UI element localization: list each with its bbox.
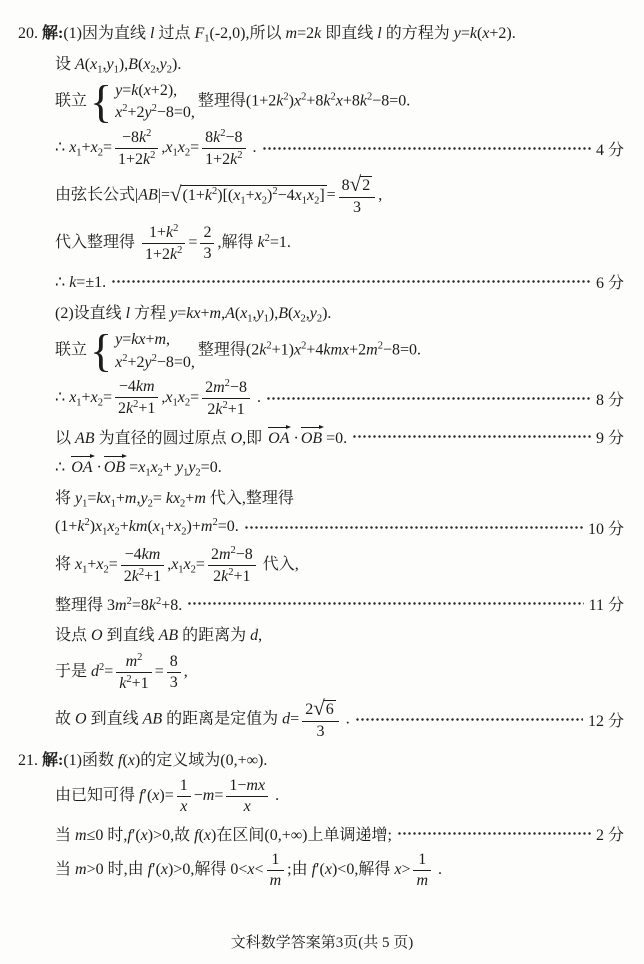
math-roman: −8=0. [383,342,421,359]
superscript: 2 [146,128,151,139]
math-roman: ≤0 [87,827,104,844]
math-variable: mx [246,777,265,794]
math-variable: y [257,305,264,322]
system-equation: x2+2y2−8=0, [115,353,195,372]
math-roman: −4 [278,187,295,204]
denominator: m [413,870,431,890]
text-run: ,解得 [354,862,394,879]
fraction: 1+k21+2k2 [142,223,185,264]
numerator: −8k2 [115,128,158,148]
text-run: 由弦长公式 [55,187,135,204]
text-run: 整理得 [198,92,246,109]
math-roman: =0. [218,518,239,535]
text-run: 设 [55,56,75,73]
line-content: 整理得 3m2=8k2+8. [55,592,182,615]
text-run: 时,由 [104,862,148,879]
math-roman: =8 [132,597,149,614]
fraction: 8k2−81+2k2 [202,128,245,169]
line-content: 代入整理得 1+k21+2k2=23,解得 k2=1. [55,223,291,264]
math-roman: +1 [132,675,149,692]
dot-leader [188,602,583,605]
vector-OA: OA [268,430,289,448]
text-run: 上单调递增; [307,827,391,844]
math-roman: ′( [143,787,152,804]
math-roman: 20. [18,25,38,42]
math-roman: +2 [127,104,144,121]
math-variable: km [129,518,148,535]
text-run: 到直线 [103,627,159,644]
math-roman: +4 [306,342,323,359]
math-roman: ′( [152,862,161,879]
numerator: 2√6 [302,699,339,721]
math-roman: +1 [138,400,155,417]
math-roman: ). [322,305,331,322]
numerator: 1+k2 [142,223,185,243]
math-roman: = [109,556,118,573]
line-content: 当 m>0 时,由 f′(x)>0,解得 0<x<1m;由 f′(x)<0,解得… [55,851,442,890]
math-roman: −8=0. [372,92,410,109]
fraction: m2k2+1 [116,652,151,693]
text-run: ,解得 [190,862,230,879]
math-variable: x [180,798,187,815]
math-roman: + [185,490,194,507]
math-roman: (0,+∞). [220,752,267,769]
numerator: 8 [167,653,181,672]
math-variable: x [178,139,185,156]
score-label: 12 分 [588,708,624,731]
math-roman: −4 [125,546,142,563]
text-run: 整理得 [55,597,107,614]
math-variable: m [201,518,213,535]
radicand: (1+k2)[(x1+x2)2−4x1x2] [181,185,327,207]
math-variable: d [282,710,290,727]
denominator: 1+2k2 [115,148,158,169]
math-variable: AB [138,187,158,204]
math-roman: (1+2 [246,92,276,109]
square-root: √2 [350,175,373,196]
math-variable: m [75,827,87,844]
fraction: 1−mxx [226,777,268,816]
math-roman: ′( [132,827,141,844]
line-content: ∴ x1+x2=−4km2k2+1,x1x2=2m2−82k2+1 . [55,378,261,419]
math-roman: + [165,518,174,535]
line-content: ∴ OA·OB=x1x2+ y1y2=0. [55,455,222,479]
math-variable: m [286,25,298,42]
solution-line: 故 O 到直线 AB 的距离是定值为 d=2√63 .12 分 [18,699,624,741]
fraction: 2m2−82k2+1 [208,545,256,586]
math-variable: x [151,459,158,476]
math-roman: +1) [272,342,294,359]
denominator: 1+2k2 [202,148,245,169]
numerator: −4km [115,378,158,397]
solution-line: 于是 d2=m2k2+1=83, [18,652,624,693]
solution-line: 将 y1=kx1+m,y2= kx2+m 代入,整理得 [18,485,624,510]
denominator: x [177,796,191,816]
text-run: 整理得 [198,342,246,359]
math-variable: x [307,187,314,204]
math-roman: = [153,490,166,507]
math-variable: m [210,305,222,322]
math-roman: =0. [326,430,347,447]
math-variable: B [278,305,288,322]
math-roman: 8 [170,653,178,670]
math-variable: d [250,627,258,644]
math-variable: m [219,546,231,563]
math-roman: 2 [362,177,370,194]
line-content: (1+k2)x1x2+km(x1+x2)+m2=0. [55,517,239,538]
solution-item-21: 21. 解:(1)函数 f(x)的定义域为(0,+∞).由已知可得 f′(x)=… [18,747,624,891]
score-label: 9 分 [596,425,624,448]
text-run: , [184,663,188,680]
math-roman: − [194,787,203,804]
math-roman: )+ [187,518,201,535]
math-roman: )>0 [168,862,190,879]
text-run: ,解得 [217,234,257,251]
numerator: −4km [121,546,164,565]
math-variable: x [107,518,114,535]
math-roman: 2 [305,701,313,718]
math-roman: , [166,331,170,348]
denominator: 2k2+1 [208,565,256,586]
math-variable: AB [75,430,95,447]
superscript: 2 [150,150,155,161]
math-variable: y [145,104,152,121]
math-roman: = [190,139,199,156]
text-run: ,故 [170,827,194,844]
math-variable: x [144,82,151,99]
math-variable: x [91,139,98,156]
math-roman: )>0 [148,827,170,844]
line-content: 故 O 到直线 AB 的距离是定值为 d=2√63 . [55,699,350,741]
fraction: 1m [413,851,431,890]
math-roman: (1+ [55,518,77,535]
math-roman: 2 [213,568,221,585]
text-run: 由已知可得 [55,787,139,804]
line-content: 设点 O 到直线 AB 的距离为 d, [55,622,262,645]
dot-leader [353,435,591,438]
math-roman: ∴ [55,459,69,476]
math-roman: 3 [170,674,178,691]
math-roman: 2 [118,400,126,417]
math-roman: 1+2 [118,151,143,168]
numerator: 8√2 [339,175,376,197]
math-roman: 3 [353,199,361,216]
math-roman: 3 [107,597,115,614]
superscript: 2 [177,245,182,256]
math-roman: −8=0, [157,104,195,121]
dot-leader [112,280,591,283]
text-run: 于是 [55,663,91,680]
system-rows: y=k(x+2),x2+2y2−8=0, [115,81,195,122]
math-roman: = [177,305,186,322]
score-label: 10 分 [588,516,624,539]
text-run: 的定义域为 [140,752,220,769]
line-content: 20. 解:(1)因为直线 l 过点 F1(-2,0),所以 m=2k 即直线 … [18,20,516,45]
math-variable: x [247,862,254,879]
text-run: 时, [103,827,127,844]
text-run: 的距离为 [178,627,250,644]
math-variable: B [128,56,138,73]
text-run: (1)因为直线 [63,25,150,42]
math-roman: +2). [489,25,515,42]
line-content: 设 A(x1,y1),B(x2,y2). [55,51,181,76]
line-content: 由弦长公式|AB|=√(1+k2)[(x1+x2)2−4x1x2]=8√23, [55,175,382,217]
fraction: 2√63 [302,699,339,741]
text-run: 当 [55,827,75,844]
vector-OB: OB [301,430,322,448]
denominator: 1+2k2 [142,243,185,264]
math-roman: + [82,139,91,156]
math-roman: = [327,187,336,204]
text-run: 方程 [130,305,170,322]
solution-line: 整理得 3m2=8k2+8.11 分 [18,592,624,616]
text-run: 以 [55,430,75,447]
math-variable: y [454,25,461,42]
math-roman: + [116,490,125,507]
math-roman: +2), [151,82,177,99]
math-roman: ∴ [55,274,69,291]
math-roman: 8 [342,177,350,194]
math-roman: = [290,710,299,727]
page-footer: 文科数学答案第3页(共 5 页) [0,931,644,952]
math-roman: +8 [306,92,323,109]
score-label: 2 分 [596,822,624,845]
math-variable: x [244,798,251,815]
denominator: 2k2+1 [115,397,158,418]
math-variable: AB [143,710,163,727]
system-brace: { [90,81,112,122]
math-roman: (0,+∞) [264,827,307,844]
math-variable: x [295,187,302,204]
math-variable: A [225,305,235,322]
math-variable: x [128,752,135,769]
math-variable: km [136,378,155,395]
math-roman: (2 [246,342,259,359]
system-brace: { [90,330,112,371]
math-variable: kx [96,490,110,507]
square-root: √6 [313,699,336,720]
numerator: 1 [413,851,431,870]
math-variable: m [126,653,138,670]
solutions-area: 20. 解:(1)因为直线 l 过点 F1(-2,0),所以 m=2k 即直线 … [18,20,624,890]
math-roman: )<0 [332,862,354,879]
dot-leader [263,147,591,150]
math-variable: x [336,92,343,109]
math-variable: m [203,787,215,804]
denominator: 3 [339,197,376,217]
math-roman: 2 [124,568,132,585]
text-run: 设点 [55,627,91,644]
denominator: 3 [200,243,214,263]
text-run: ,即 [242,430,266,447]
math-variable: y [310,305,317,322]
math-roman: (-2,0) [210,25,246,42]
math-roman: · [97,459,102,476]
math-variable: x [255,187,262,204]
math-roman: )[( [217,187,233,204]
math-variable: y [140,490,147,507]
numerator: 2m2−8 [208,545,256,565]
text-run: , [258,627,262,644]
system-equation: y=k(x+2), [115,81,195,100]
text-run: 即直线 [321,25,377,42]
math-roman: = [461,25,470,42]
math-roman: =2 [297,25,314,42]
math-variable: x [153,518,160,535]
math-roman: =1. [270,234,291,251]
fraction: 1x [177,777,191,816]
dot-leader [356,718,583,721]
math-roman: 8 [205,129,213,146]
math-variable: x [91,389,98,406]
math-roman: 1+2 [205,151,230,168]
math-roman: (1+ [183,187,205,204]
math-variable: kx [166,490,180,507]
math-roman: 1− [229,777,246,794]
text-run: , [378,187,382,204]
denominator: 3 [302,721,339,741]
text-run: ;由 [287,862,311,879]
math-roman: 2 [203,224,211,241]
text-run: ,所以 [246,25,286,42]
denominator: 2k2+1 [121,565,164,586]
math-roman: + [163,459,176,476]
math-variable: x [294,342,301,359]
text-run: 的方程为 [382,25,454,42]
denominator: 2k2+1 [202,398,250,419]
math-roman: ∴ [55,389,69,406]
solution-line: 设点 O 到直线 AB 的距离为 d, [18,622,624,646]
math-variable: y [145,354,152,371]
math-roman: + [120,518,129,535]
numerator: 1−mx [226,777,268,796]
math-roman: ] [319,187,324,204]
text-run: 在区间 [216,827,264,844]
fraction: −4km2k2+1 [115,378,158,418]
math-roman: . [342,710,350,727]
math-variable: x [141,827,148,844]
square-root: √(1+k2)[(x1+x2)2−4x1x2] [170,185,327,207]
solution-line: ∴ x1+x2=−4km2k2+1,x1x2=2m2−82k2+1 .8 分 [18,378,624,419]
solution-line: ∴ x1+x2=−8k21+2k2,x1x2=8k2−81+2k2 .4 分 [18,128,624,169]
numerator: 1 [267,851,285,870]
fraction: 83 [167,653,181,692]
math-variable: m [416,872,428,889]
fraction: 23 [200,224,214,263]
solution-line: 21. 解:(1)函数 f(x)的定义域为(0,+∞). [18,747,624,771]
math-roman: = [214,787,223,804]
score-label: 8 分 [596,387,624,410]
denominator: k2+1 [116,672,151,693]
math-roman: −8 [225,129,242,146]
fraction: 2m2−82k2+1 [202,378,250,419]
math-roman: < [255,862,264,879]
math-variable: k [126,400,133,417]
math-roman: 1+2 [145,246,170,263]
math-roman: + [246,187,255,204]
math-variable: y [106,56,113,73]
math-roman: |= [158,187,170,204]
line-content: 于是 d2=m2k2+1=83, [55,652,188,693]
text-run: (1)函数 [63,752,118,769]
math-roman: 3 [316,723,324,740]
vector-OB: OB [104,459,125,477]
math-roman: +8. [161,597,182,614]
numerator: 8k2−8 [202,128,245,148]
line-content: ∴ k=±1. [55,272,106,292]
math-variable: m [115,597,127,614]
math-variable: km [142,546,161,563]
math-roman: = [103,139,112,156]
text-run: 过点 [154,25,194,42]
math-variable: m [75,862,87,879]
math-roman: 0< [230,862,247,879]
math-roman: +1 [234,568,251,585]
math-roman: = [188,234,197,251]
fraction: 8√23 [339,175,376,217]
text-run: 代入, [259,556,299,573]
score-label: 11 分 [589,592,624,615]
numerator: 1 [177,777,191,796]
text-run: 代入,整理得 [206,490,294,507]
math-variable: y [160,56,167,73]
radical-sign-icon: √ [313,698,325,719]
math-variable: k [360,92,367,109]
math-roman: =±1. [76,274,106,291]
math-roman: 6 [326,701,334,718]
math-roman: −8 [236,546,253,563]
line-content: 将 y1=kx1+m,y2= kx2+m 代入,整理得 [55,485,294,510]
math-variable: O [75,710,87,727]
text-run: (2)设直线 [55,305,126,322]
math-roman: . [271,787,279,804]
line-content: 联立{y=k(x+2),x2+2y2−8=0,整理得(1+2k2)x2+8k2x… [55,81,410,122]
solution-line: 由弦长公式|AB|=√(1+k2)[(x1+x2)2−4x1x2]=8√23, [18,175,624,217]
equation-system: {y=k(x+2),x2+2y2−8=0, [90,81,195,122]
line-content: 当 m≤0 时,f′(x)>0,故 f(x)在区间(0,+∞)上单调递增; [55,822,392,845]
math-roman: +8 [343,92,360,109]
math-variable: O [91,627,103,644]
radicand: 2 [360,176,372,195]
fraction: −4km2k2+1 [121,546,164,586]
text-run-bold: 解: [38,25,63,42]
math-roman: = [104,663,113,680]
superscript: 2 [237,150,242,161]
dot-leader [267,397,591,400]
text-run: 当 [55,862,75,879]
dot-leader [245,526,583,529]
math-roman: ′( [316,862,325,879]
dot-leader [398,832,591,835]
line-content: (2)设直线 l 方程 y=kx+m,A(x1,y1),B(x2,y2). [55,300,331,325]
math-variable: k [149,597,156,614]
math-roman: 2 [205,379,213,396]
math-roman: 1+ [149,224,166,241]
math-variable: k [132,568,139,585]
solution-item-20: 20. 解:(1)因为直线 l 过点 F1(-2,0),所以 m=2k 即直线 … [18,20,624,741]
text-run: 到直线 [87,710,143,727]
math-roman: = [190,389,199,406]
numerator: 2 [200,224,214,243]
text-run: 故 [55,710,75,727]
math-variable: y [176,459,183,476]
math-roman: >0 [87,862,104,879]
math-variable: AB [159,627,179,644]
math-roman: 1 [180,777,188,794]
line-content: 联立{y=kx+m,x2+2y2−8=0,整理得(2k2+1)x2+4kmx+2… [55,330,421,371]
math-variable: m [154,331,166,348]
fraction: −8k21+2k2 [115,128,158,169]
